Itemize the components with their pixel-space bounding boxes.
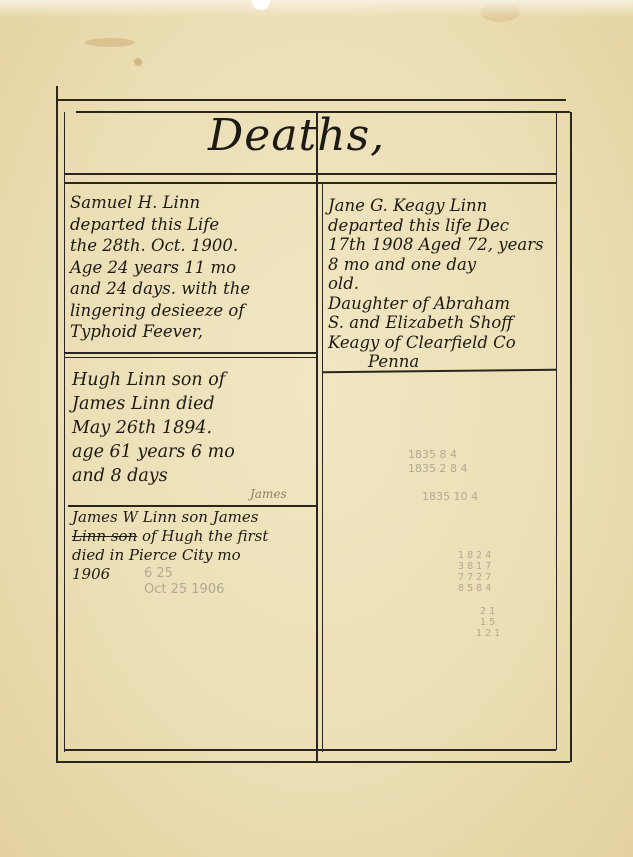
- entry-line: Typhoid Feever,: [70, 321, 250, 343]
- pencil-line: 1 8 2 4: [458, 550, 500, 561]
- frame-left-outer: [56, 86, 58, 761]
- entry-line: S. and Elizabeth Shoff: [328, 313, 544, 333]
- pencil-note: 1 8 2 4 3 8 1 7 7 7 2 7 8 5 8 4 2 1 1 5 …: [458, 550, 500, 639]
- pencil-line: 1 5: [458, 617, 500, 628]
- frame-outer-bottom: [56, 761, 570, 763]
- entry-line: Age 24 years 11 mo: [70, 257, 250, 279]
- entry-line: Jane G. Keagy Linn: [328, 196, 544, 216]
- pencil-note: 6 25 Oct 25 1906: [144, 566, 224, 598]
- pencil-line: 1835 8 4: [408, 448, 478, 462]
- entry-line: the 28th. Oct. 1900.: [70, 235, 250, 257]
- entry-line: died in Pierce City mo: [72, 546, 268, 565]
- entry-text: of Hugh the first: [142, 527, 268, 545]
- paper-stain: [134, 58, 142, 66]
- entry-line: and 24 days. with the: [70, 278, 250, 300]
- entry-line: and 8 days: [72, 464, 235, 488]
- entry-line: Penna: [328, 352, 544, 372]
- entry-line: 8 mo and one day: [328, 255, 544, 275]
- pencil-line: 1835 10 4: [408, 490, 478, 504]
- pencil-line: 1835 2 8 4: [408, 462, 478, 476]
- entry-line: Samuel H. Linn: [70, 192, 250, 214]
- pencil-note: 1835 8 4 1835 2 8 4 1835 10 4: [408, 448, 478, 504]
- entry-line: May 26th 1894.: [72, 416, 235, 440]
- entry-line: departed this Life: [70, 214, 250, 236]
- entry-hugh-linn: Hugh Linn son of James Linn died May 26t…: [72, 368, 235, 488]
- entry-line: Hugh Linn son of: [72, 368, 235, 392]
- frame-right-inner: [556, 112, 557, 750]
- pencil-line: Oct 25 1906: [144, 582, 224, 598]
- pencil-line: 3 8 1 7: [458, 561, 500, 572]
- header-divider-1: [64, 173, 556, 175]
- entry-line: Keagy of Clearfield Co: [328, 333, 544, 353]
- pencil-line: 7 7 2 7: [458, 572, 500, 583]
- header-divider-2: [64, 182, 556, 184]
- entry-line: James Linn died: [72, 392, 235, 416]
- center-divider-2: [322, 182, 323, 752]
- frame-inner-bottom: [64, 749, 556, 751]
- left-row-divider-1: [64, 352, 316, 354]
- frame-left-inner: [64, 112, 65, 752]
- entry-samuel-linn: Samuel H. Linn departed this Life the 28…: [70, 192, 250, 343]
- frame-right-outer: [570, 112, 572, 762]
- paper-stain: [85, 38, 135, 47]
- pencil-line: 1 2 1: [458, 628, 500, 639]
- pencil-line: 8 5 8 4: [458, 583, 500, 594]
- left-row-divider-2: [64, 357, 316, 358]
- entry-line: 17th 1908 Aged 72, years: [328, 235, 544, 255]
- entry-line: departed this life Dec: [328, 216, 544, 236]
- paper-stain: [0, 0, 633, 18]
- inserted-word: James: [250, 484, 287, 506]
- entry-line: age 61 years 6 mo: [72, 440, 235, 464]
- struck-text: Linn son: [72, 527, 137, 545]
- entry-line: old.: [328, 274, 544, 294]
- paper-stain: [480, 2, 520, 22]
- entry-line: lingering desieeze of: [70, 300, 250, 322]
- page-title: Deaths,: [208, 110, 385, 161]
- entry-line: James W Linn son James: [72, 508, 268, 527]
- pencil-line: 2 1: [458, 606, 500, 617]
- center-divider: [316, 112, 318, 762]
- entry-line: Daughter of Abraham: [328, 294, 544, 314]
- pencil-line: 6 25: [144, 566, 224, 582]
- entry-jane-keagy-linn: Jane G. Keagy Linn departed this life De…: [328, 196, 544, 372]
- entry-line-2: Linn son of Hugh the first: [72, 527, 268, 546]
- frame-outer-top: [56, 99, 566, 101]
- paper-tear: [252, 0, 270, 10]
